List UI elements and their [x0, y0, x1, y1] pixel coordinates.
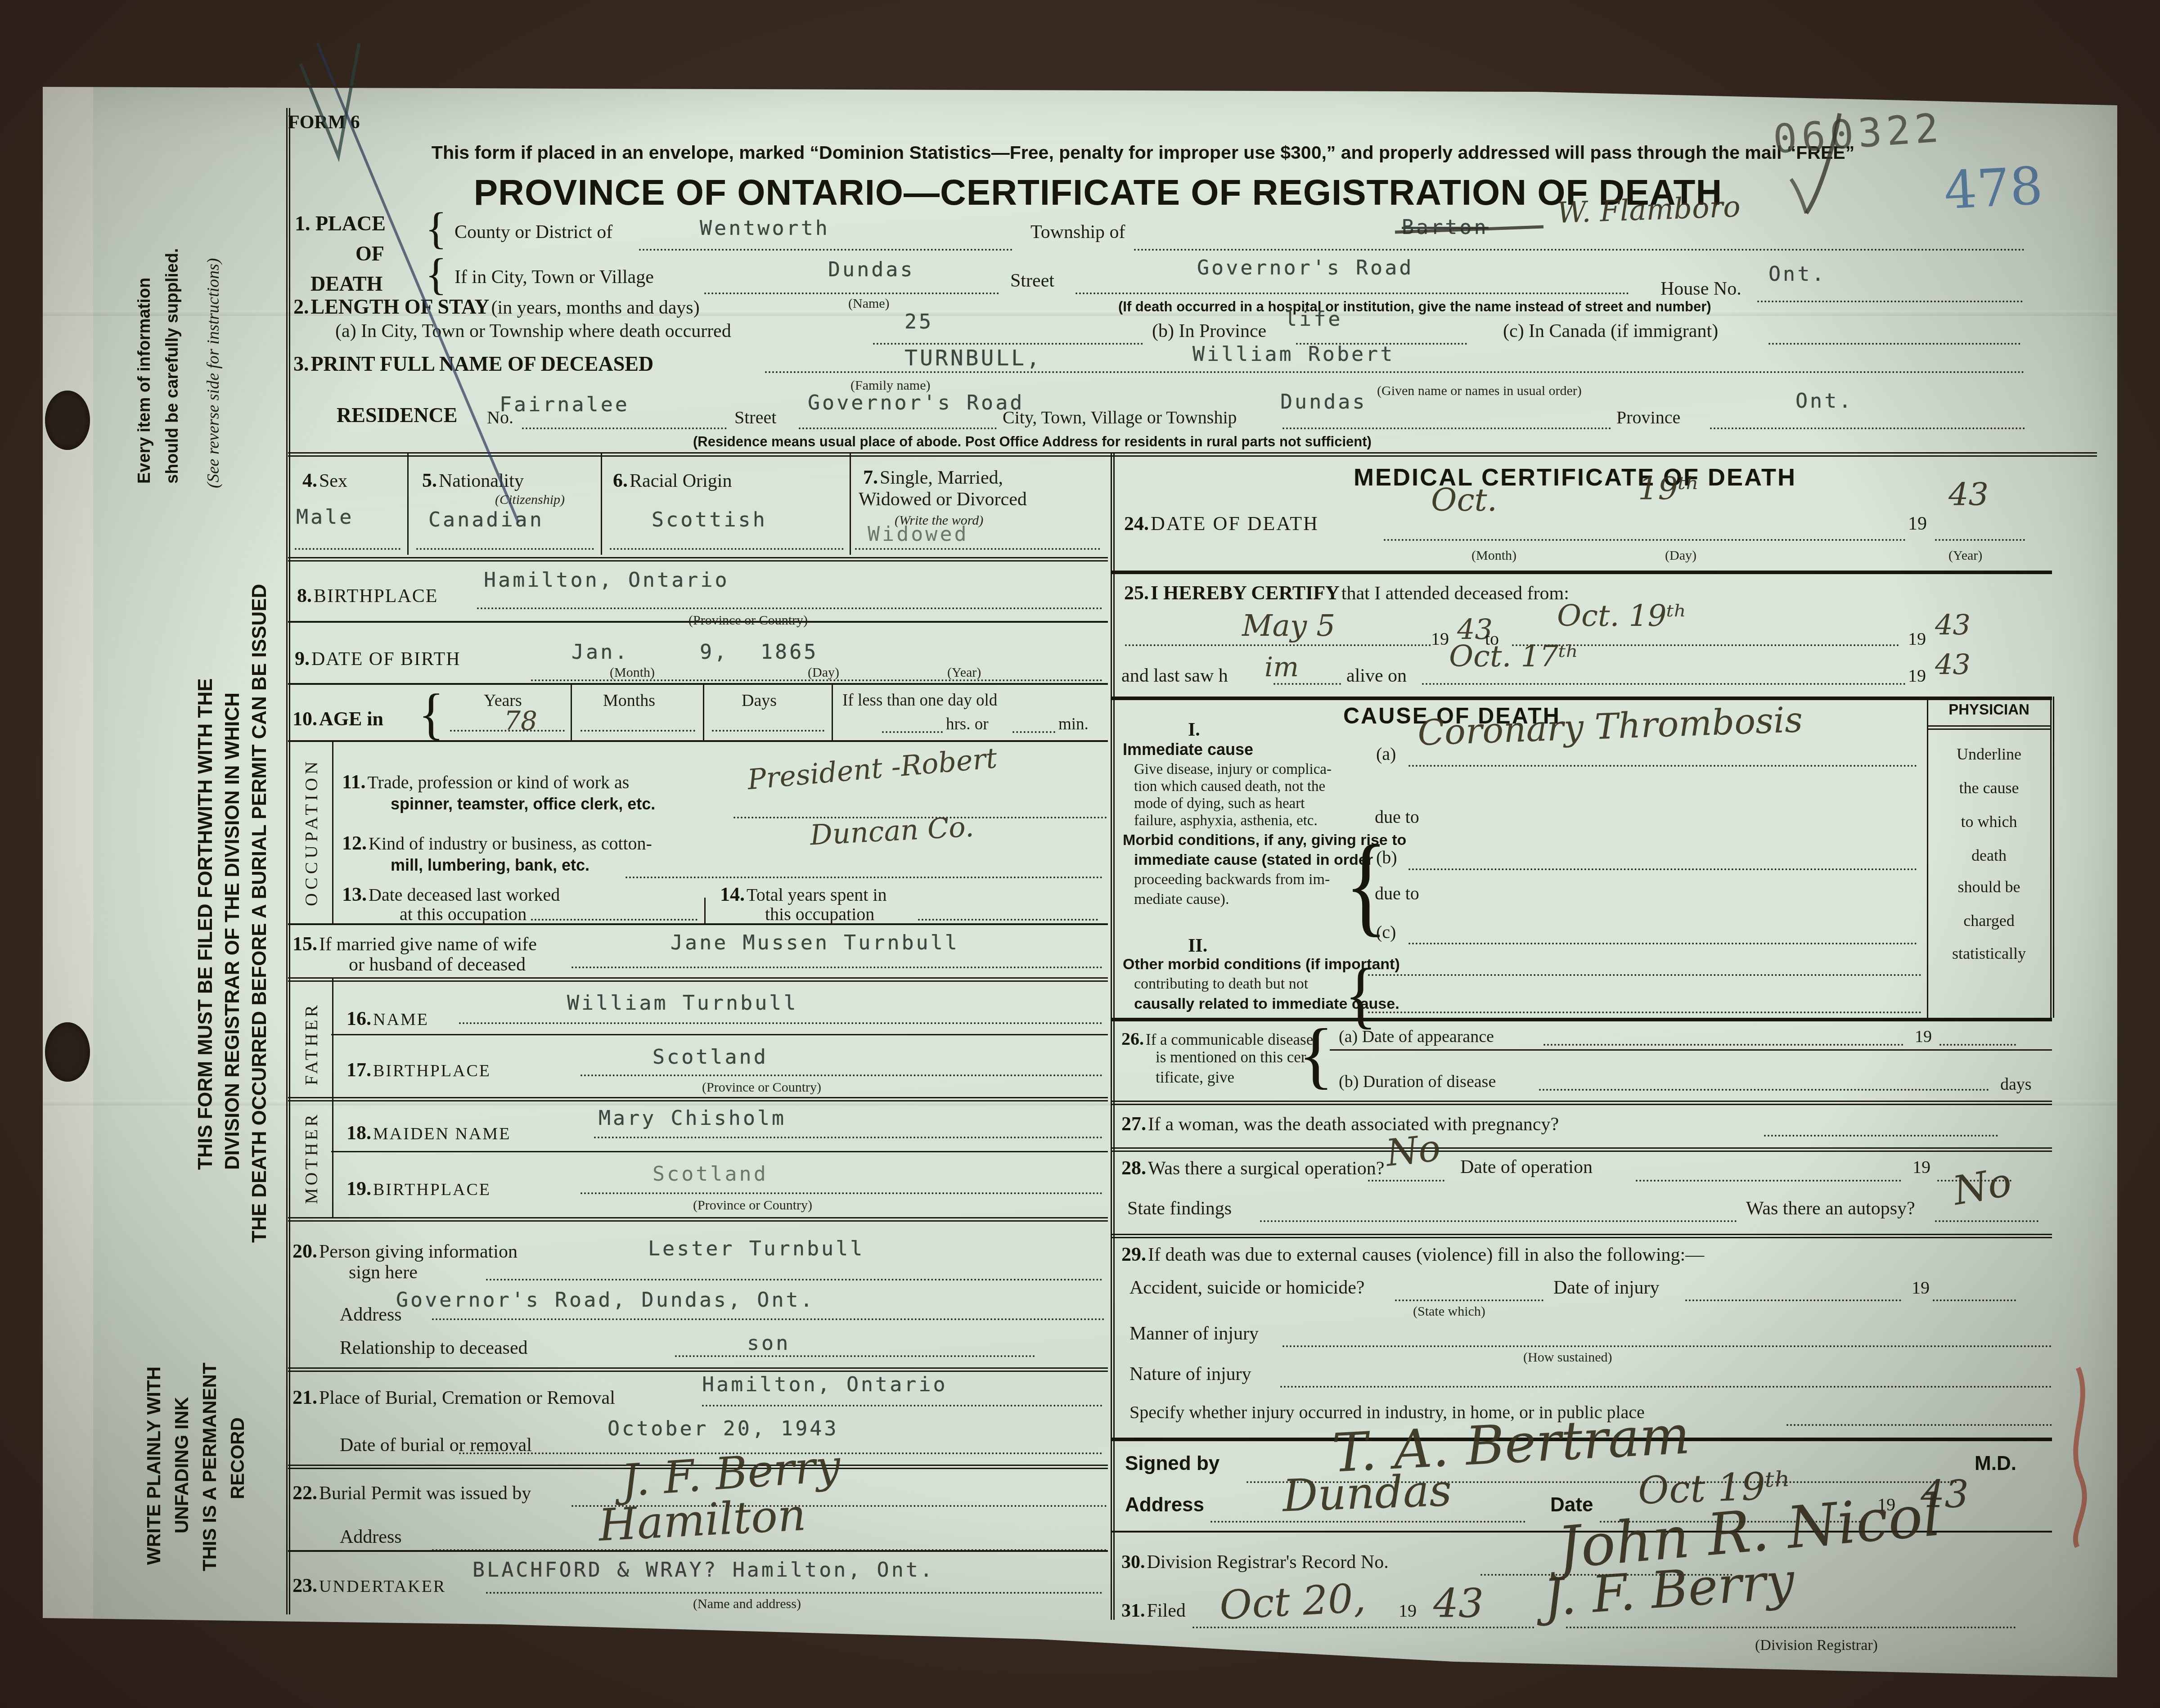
- punch-hole: [45, 1022, 90, 1082]
- pencil-marks: [0, 0, 2160, 1708]
- punch-hole: [45, 391, 90, 450]
